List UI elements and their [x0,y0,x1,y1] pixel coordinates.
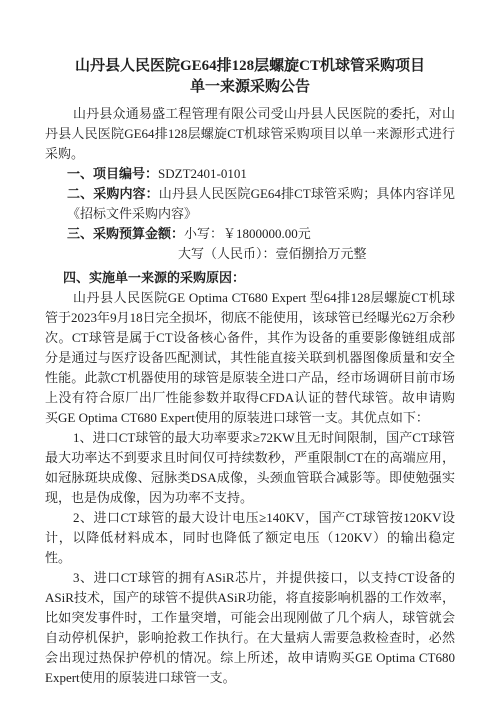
reason-paragraph-point-1: 1、进口CT球管的最大功率要求≥72KW且无时间限制，国产CT球管最大功率达不到… [45,428,455,508]
section-single-source-reason-label: 四、实施单一来源的采购原因： [63,270,245,285]
section-budget-lowercase-value: 小写：￥1800000.00元 [184,226,311,241]
section-project-number-value: SDZT2401-0101 [158,166,247,181]
section-project-number-label: 一、项目编号： [67,166,158,181]
section-project-number: 一、项目编号：SDZT2401-0101 [45,164,455,184]
section-single-source-reason: 四、实施单一来源的采购原因： [45,268,455,288]
section-budget-uppercase-value: 大写（人民币）：壹佰捌拾万元整 [45,244,455,264]
reason-paragraph-point-3: 3、进口CT球管的拥有ASiR芯片，并提供接口，以支持CT设备的ASiR技术，国… [45,568,455,688]
section-budget-label: 三、采购预算金额： [67,226,184,241]
reason-paragraph-overview: 山丹县人民医院GE Optima CT680 Expert 型64排128层螺旋… [45,288,455,428]
reason-paragraph-point-2: 2、进口CT球管的最大设计电压≥140KV，国产CT球管按120KV设计，以降低… [45,508,455,568]
section-procurement-content: 二、采购内容：山丹县人民医院GE64排CT球管采购；具体内容详见《招标文件采购内… [45,184,455,224]
document-title: 山丹县人民医院GE64排128层螺旋CT机球管采购项目 单一来源采购公告 [45,56,455,98]
intro-paragraph: 山丹县众通易盛工程管理有限公司受山丹县人民医院的委托，对山丹县人民医院GE64排… [45,104,455,164]
section-budget: 三、采购预算金额：小写：￥1800000.00元 [45,224,455,244]
document-page: 山丹县人民医院GE64排128层螺旋CT机球管采购项目 单一来源采购公告 山丹县… [0,0,500,706]
title-line-1: 山丹县人民医院GE64排128层螺旋CT机球管采购项目 [45,56,455,77]
section-procurement-content-label: 二、采购内容： [67,186,159,201]
title-line-2: 单一来源采购公告 [45,77,455,98]
